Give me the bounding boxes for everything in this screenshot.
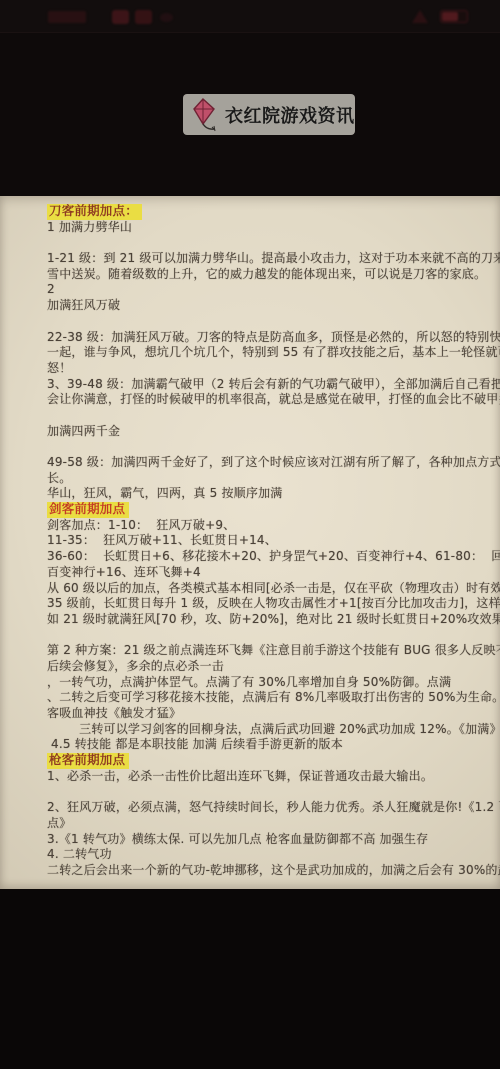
text-line: 4.5 转技能 都是本职技能 加满 后续看手游更新的版本 — [47, 737, 490, 753]
bottom-letterbox — [0, 889, 500, 1069]
text-line: 加满狂风万破 — [47, 298, 490, 314]
text-line: 怒！ — [47, 361, 490, 377]
text-line: 1、必杀一击，必杀一击性价比超出连环飞舞，保证普通攻击最大输出。 — [47, 769, 490, 785]
text-line: 点》 — [47, 816, 490, 832]
text-line: 二转之后会出来一个新的气功-乾坤挪移，这个是武功加成的，加满之后会有 30%的武… — [47, 863, 490, 879]
text-line: 三转可以学习剑客的回柳身法，点满后武功回避 20%武功加成 12%。《加满》 — [47, 722, 490, 738]
blank-line — [47, 235, 490, 251]
text-line: 如 21 级时就满狂风[70 秒，攻、防+20%]，绝对比 21 级时长虹贯日+… — [47, 612, 490, 628]
section-heading: 枪客前期加点 — [47, 753, 490, 769]
document-body: 刀客前期加点：1 加满力劈华山 1-21 级：到 21 级可以加满力劈华山。提高… — [47, 204, 490, 879]
header-zone: 衣红院游戏资讯 — [0, 33, 500, 196]
text-line: 客吸血神技《触发才猛》 — [47, 706, 490, 722]
highlighted-heading-text: 剑客前期加点 — [47, 502, 129, 518]
highlighted-heading-text: 刀客前期加点： — [47, 204, 142, 220]
highlighted-heading-text: 枪客前期加点 — [47, 753, 129, 769]
battery-icon — [440, 10, 468, 23]
text-line: 华山，狂风，霸气，四两，真 5 按顺序加满 — [47, 486, 490, 502]
wifi-icon — [412, 10, 428, 23]
text-line: 一起，谁与争风，想坑几个坑几个，特别到 55 有了群攻技能之后，基本上一轮怪就可… — [47, 345, 490, 361]
text-line: 36-60： 长虹贯日+6、移花接木+20、护身罡气+20、百变神行+4、61-… — [47, 549, 490, 565]
status-time-blob — [48, 11, 86, 23]
blank-line — [47, 784, 490, 800]
text-line: 1 加满力劈华山 — [47, 220, 490, 236]
text-line: 后续会修复》，多余的点必杀一击 — [47, 659, 490, 675]
text-line: 11-35： 狂风万破+11、长虹贯日+14、 — [47, 533, 490, 549]
notification-icon-3 — [160, 13, 173, 22]
brand-badge: 衣红院游戏资讯 — [183, 94, 355, 135]
text-line: 第 2 种方案：21 级之前点满连环飞舞《注意目前手游这个技能有 BUG 很多人… — [47, 643, 490, 659]
text-line: 22-38 级：加满狂风万破。刀客的特点是防高血多，顶怪是必然的，所以怒的特别快… — [47, 330, 490, 346]
badge-label: 衣红院游戏资讯 — [225, 102, 355, 128]
text-line: 3、39-48 级：加满霸气破甲（2 转后会有新的气功霸气破甲），全部加满后自己… — [47, 377, 490, 393]
text-line: 2 — [47, 282, 490, 298]
text-line: 加满四两千金 — [47, 424, 490, 440]
blank-line — [47, 408, 490, 424]
notification-icon-2 — [135, 10, 152, 24]
text-line: 从 60 级以后的加点，各类模式基本相同[必杀一击是，仅在平砍（物理攻击）时有效… — [47, 581, 490, 597]
text-line: 35 级前，长虹贯日每升 1 级，反映在人物攻击属性才+1[按百分比加攻击力]，… — [47, 596, 490, 612]
text-line: 1-21 级：到 21 级可以加满力劈华山。提高最小攻击力，这对于功本来就不高的… — [47, 251, 490, 267]
text-line: ，一转气功，点满护体罡气。点满了有 30%几率增加自身 50%防御。点满 — [47, 675, 490, 691]
text-line: 2、狂风万破，必须点满，怒气持续时间长，秒人能力优秀。杀人狂魔就是你!《1.2 … — [47, 800, 490, 816]
section-heading: 剑客前期加点 — [47, 502, 490, 518]
text-line: 、二转之后变可学习移花接木技能，点满后有 8%几率吸取打出伤害的 50%为生命。… — [47, 690, 490, 706]
game-guide-document: 刀客前期加点：1 加满力劈华山 1-21 级：到 21 级可以加满力劈华山。提高… — [0, 196, 500, 889]
text-line: 长。 — [47, 471, 490, 487]
text-line: 3.《1 转气功》横练太保. 可以先加几点 枪客血量防御都不高 加强生存 — [47, 832, 490, 848]
section-heading: 刀客前期加点： — [47, 204, 490, 220]
phone-screen: 衣红院游戏资讯 刀客前期加点：1 加满力劈华山 1-21 级：到 21 级可以加… — [0, 0, 500, 1069]
blank-line — [47, 314, 490, 330]
blank-line — [47, 628, 490, 644]
text-line: 雪中送炭。随着级数的上升，它的威力越发的能体现出来，可以说是刀客的家底。 — [47, 267, 490, 283]
text-line: 会让你满意，打怪的时候破甲的机率很高，就总是感觉在破甲，打怪的血会比不破甲多好多… — [47, 392, 490, 408]
blank-line — [47, 439, 490, 455]
text-line: 49-58 级：加满四两千金好了，到了这个时候应该对江湖有所了解了，各种加点方式… — [47, 455, 490, 471]
text-line: 4. 二转气功 — [47, 847, 490, 863]
text-line: 剑客加点：1-10： 狂风万破+9、 — [47, 518, 490, 534]
kite-icon — [190, 97, 218, 133]
status-bar — [0, 0, 500, 33]
notification-icon-1 — [112, 10, 129, 24]
text-line: 百变神行+16、连环飞舞+4 — [47, 565, 490, 581]
